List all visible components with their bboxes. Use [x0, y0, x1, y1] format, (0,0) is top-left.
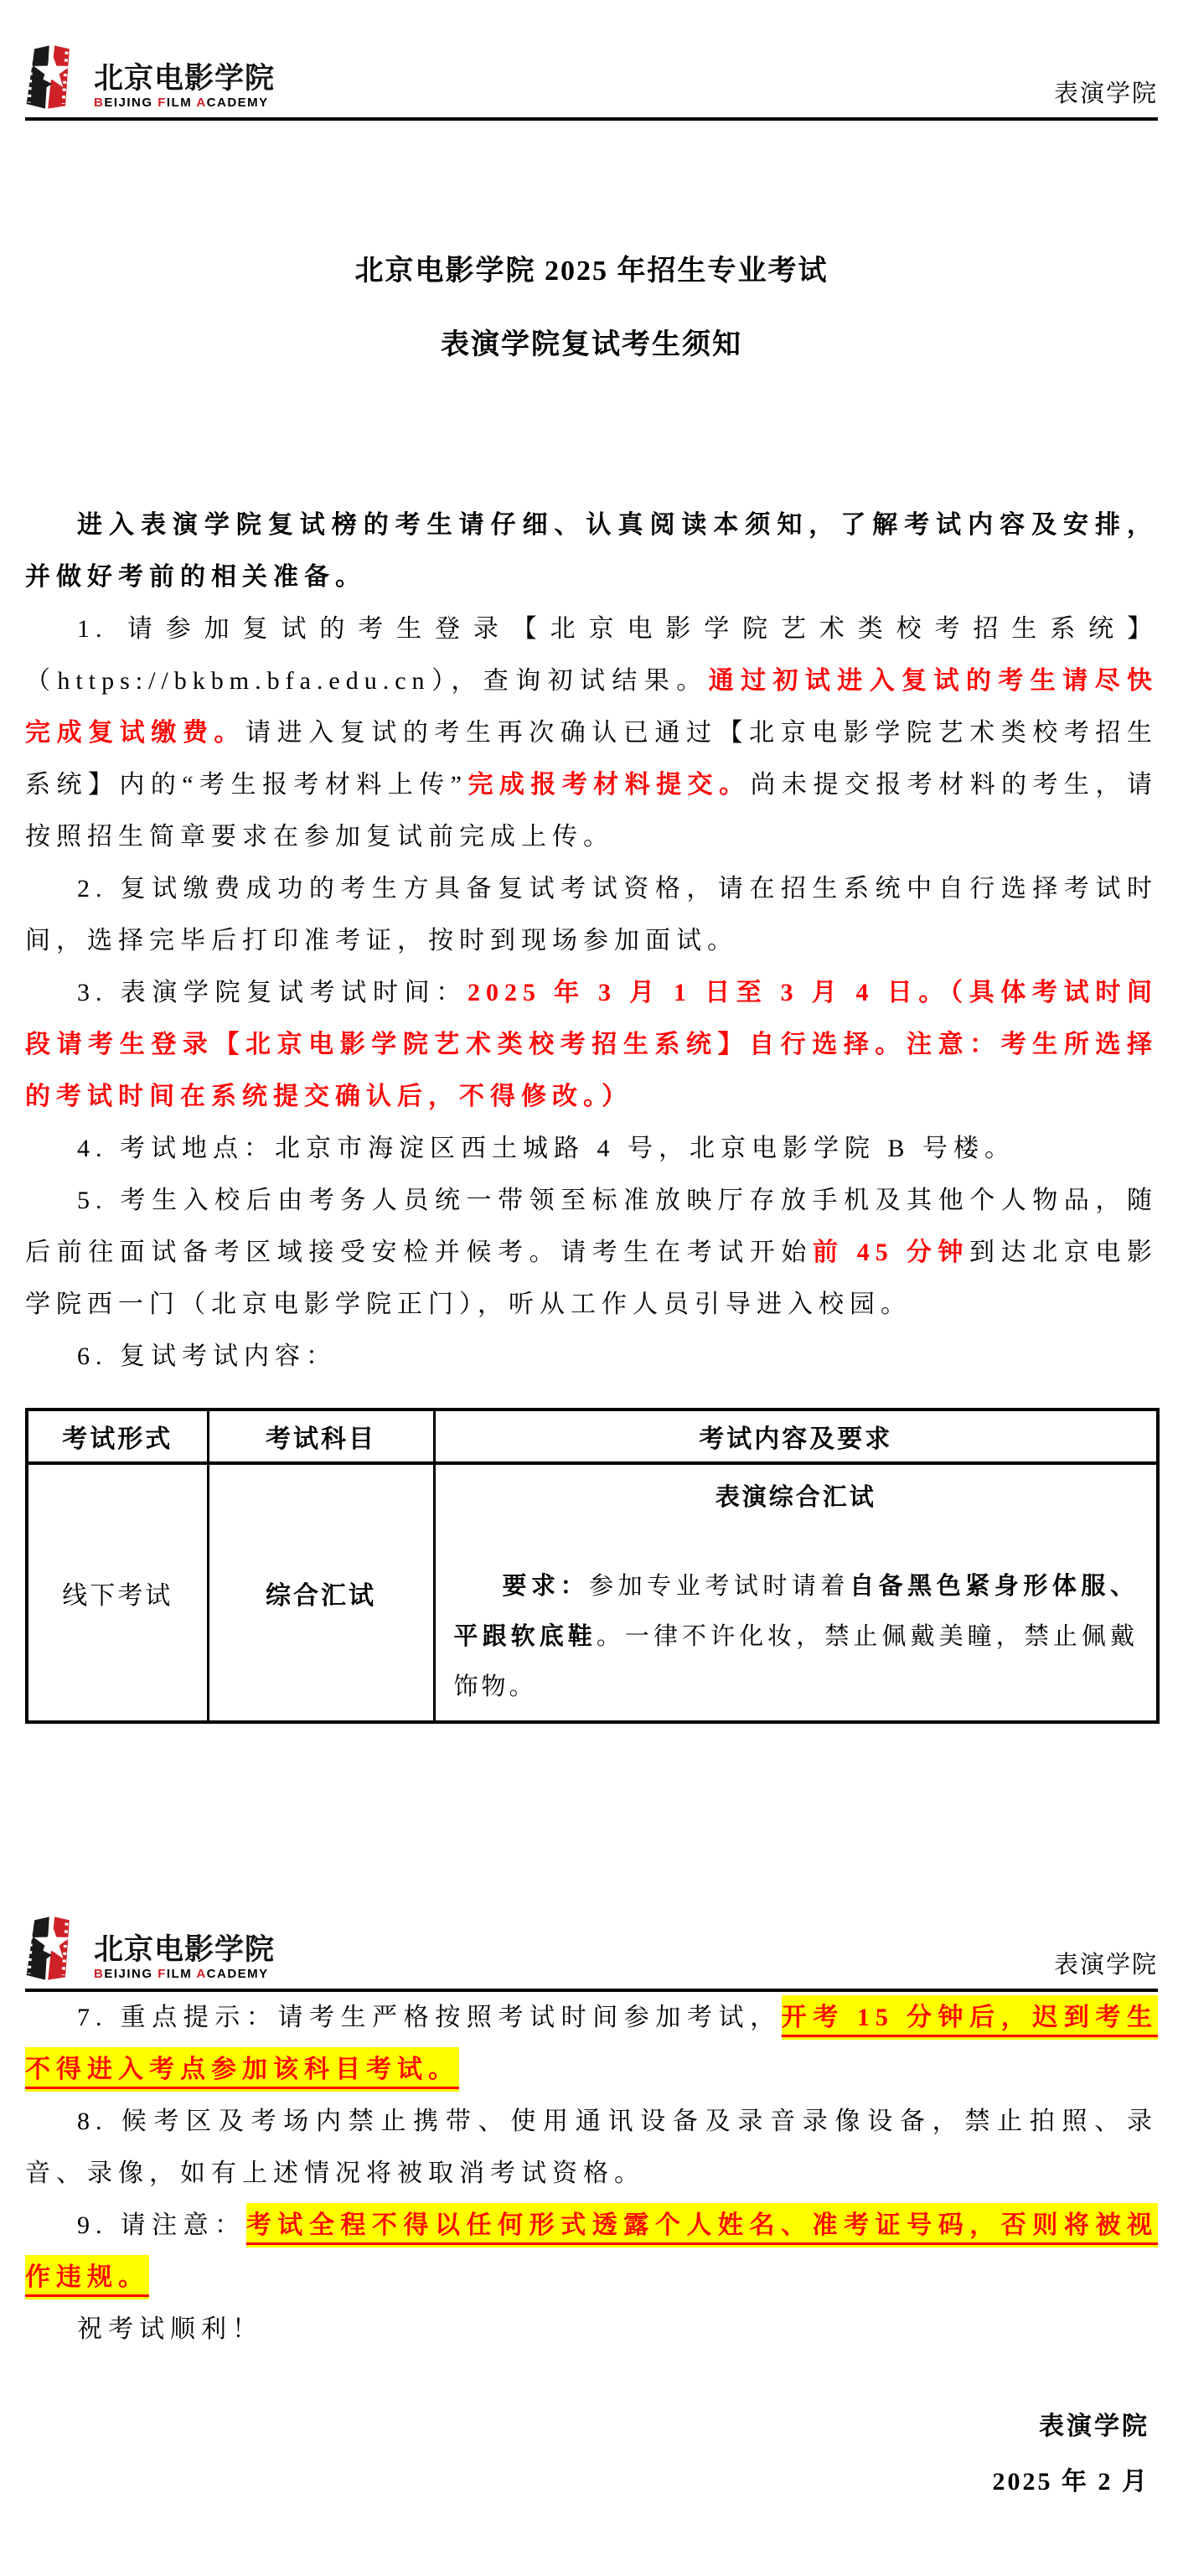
text-segment: 参加专业考试时请着 — [589, 1573, 850, 1600]
document-page: 北京电影学院 BEIJING FILM ACADEMY 表演学院 北京电影学院 … — [0, 0, 1183, 2576]
logo-en-name: BEIJING FILM ACADEMY — [94, 1968, 275, 1980]
logo-cn-name: 北京电影学院 — [94, 64, 275, 93]
exam-content-title: 表演综合汇试 — [454, 1478, 1139, 1513]
text-segment: EIJING — [104, 1967, 158, 1981]
notice-item-5: 5. 考生入校后由考务人员统一带领至标准放映厅存放手机及其他个人物品，随后前往面… — [25, 1175, 1158, 1331]
header-unit-label: 表演学院 — [1054, 75, 1158, 111]
text-segment: 要求： — [503, 1573, 590, 1600]
notice-item-8: 8. 候考区及考场内禁止携带、使用通讯设备及录音录像设备，禁止拍照、录音、录像，… — [25, 2096, 1158, 2200]
closing-wish: 祝考试顺利！ — [25, 2304, 1158, 2356]
text-segment: ILM — [167, 96, 196, 110]
table-row: 线下考试 综合汇试 表演综合汇试 要求：参加专业考试时请着自备黑色紧身形体服、平… — [27, 1463, 1158, 1722]
text-segment: 8. 候考区及考场内禁止携带、使用通讯设备及录音录像设备，禁止拍照、录音、录像，… — [25, 2108, 1158, 2187]
text-segment: ILM — [167, 1967, 196, 1981]
notice-item-4: 4. 考试地点：北京市海淀区西土城路 4 号，北京电影学院 B 号楼。 — [25, 1123, 1158, 1175]
text-segment: 完成报考材料提交。 — [468, 771, 751, 799]
text-segment: 2. 复试缴费成功的考生方具备复试考试资格，请在招生系统中自行选择考试时间，选择… — [25, 875, 1158, 954]
page1-header: 北京电影学院 BEIJING FILM ACADEMY 表演学院 — [25, 0, 1158, 121]
text-segment: CADEMY — [207, 1967, 269, 1981]
bfa-logo: 北京电影学院 BEIJING FILM ACADEMY — [25, 44, 275, 111]
notice-item-9: 9. 请注意：考试全程不得以任何形式透露个人姓名、准考证号码，否则将被视作违规。 — [25, 2200, 1158, 2304]
film-star-logo-icon — [25, 44, 85, 111]
text-segment: 7. 重点提示：请考生严格按照考试时间参加考试， — [77, 2004, 782, 2031]
table-header-subject: 考试科目 — [208, 1410, 434, 1463]
table-cell-form: 线下考试 — [27, 1463, 208, 1722]
text-segment: B — [94, 96, 104, 110]
notice-item-6: 6. 复试考试内容： — [25, 1331, 1158, 1383]
text-segment: CADEMY — [207, 96, 269, 110]
notice-item-3: 3. 表演学院复试考试时间：2025 年 3 月 1 日至 3 月 4 日。（具… — [25, 967, 1158, 1123]
bfa-logo: 北京电影学院 BEIJING FILM ACADEMY — [25, 1915, 275, 1982]
notice-item-1: 1. 请参加复试的考生登录【北京电影学院艺术类校考招生系统】（https://b… — [25, 603, 1158, 863]
text-segment: A — [196, 1967, 206, 1981]
text-segment: 前 45 分钟 — [813, 1239, 969, 1266]
film-star-logo-icon — [25, 1915, 85, 1982]
exam-content-requirements: 要求：参加专业考试时请着自备黑色紧身形体服、平跟软底鞋。一律不许化妆，禁止佩戴美… — [454, 1561, 1139, 1712]
text-segment: A — [196, 96, 206, 110]
text-segment: B — [94, 1967, 104, 1981]
table-header-form: 考试形式 — [27, 1410, 208, 1463]
doc-title-line2: 表演学院复试考生须知 — [0, 327, 1183, 364]
text-segment: F — [158, 1967, 167, 1981]
text-segment: 6. 复试考试内容： — [77, 1342, 337, 1370]
table-header-content: 考试内容及要求 — [434, 1410, 1158, 1463]
notice-intro: 进入表演学院复试榜的考生请仔细、认真阅读本须知，了解考试内容及安排，并做好考前的… — [25, 499, 1158, 603]
notice-body-page2: 7. 重点提示：请考生严格按照考试时间参加考试，开考 15 分钟后，迟到考生不得… — [25, 1992, 1158, 2356]
text-segment: 进入表演学院复试榜的考生请仔细、认真阅读本须知，了解考试内容及安排，并做好考前的… — [25, 511, 1158, 591]
text-segment: 4. 考试地点：北京市海淀区西土城路 4 号，北京电影学院 B 号楼。 — [77, 1135, 1015, 1162]
text-segment: EIJING — [104, 96, 158, 110]
table-header-row: 考试形式 考试科目 考试内容及要求 — [27, 1410, 1158, 1463]
title-block: 北京电影学院 2025 年招生专业考试 表演学院复试考生须知 — [0, 253, 1183, 364]
footer-signature: 表演学院 2025 年 2 月 — [0, 2399, 1183, 2510]
doc-title-line1: 北京电影学院 2025 年招生专业考试 — [0, 253, 1183, 290]
text-segment: F — [158, 96, 167, 110]
logo-cn-name: 北京电影学院 — [94, 1935, 275, 1964]
logo-en-name: BEIJING FILM ACADEMY — [94, 96, 275, 109]
table-cell-content: 表演综合汇试 要求：参加专业考试时请着自备黑色紧身形体服、平跟软底鞋。一律不许化… — [434, 1463, 1158, 1722]
text-segment: 3. 表演学院复试考试时间： — [77, 979, 468, 1006]
table-cell-subject: 综合汇试 — [208, 1463, 434, 1722]
header-unit-label: 表演学院 — [1054, 1946, 1158, 1982]
notice-body-page1: 进入表演学院复试榜的考生请仔细、认真阅读本须知，了解考试内容及安排，并做好考前的… — [25, 499, 1158, 1383]
page2-header: 北京电影学院 BEIJING FILM ACADEMY 表演学院 — [25, 1873, 1158, 1992]
footer-unit: 表演学院 — [0, 2399, 1149, 2454]
notice-item-2: 2. 复试缴费成功的考生方具备复试考试资格，请在招生系统中自行选择考试时间，选择… — [25, 863, 1158, 967]
exam-content-table: 考试形式 考试科目 考试内容及要求 线下考试 综合汇试 表演综合汇试 要求：参加… — [25, 1408, 1160, 1724]
logo-text: 北京电影学院 BEIJING FILM ACADEMY — [94, 1935, 275, 1982]
footer-date: 2025 年 2 月 — [0, 2454, 1149, 2510]
notice-item-7: 7. 重点提示：请考生严格按照考试时间参加考试，开考 15 分钟后，迟到考生不得… — [25, 1992, 1158, 2096]
logo-text: 北京电影学院 BEIJING FILM ACADEMY — [94, 64, 275, 111]
text-segment: 9. 请注意： — [77, 2211, 246, 2239]
